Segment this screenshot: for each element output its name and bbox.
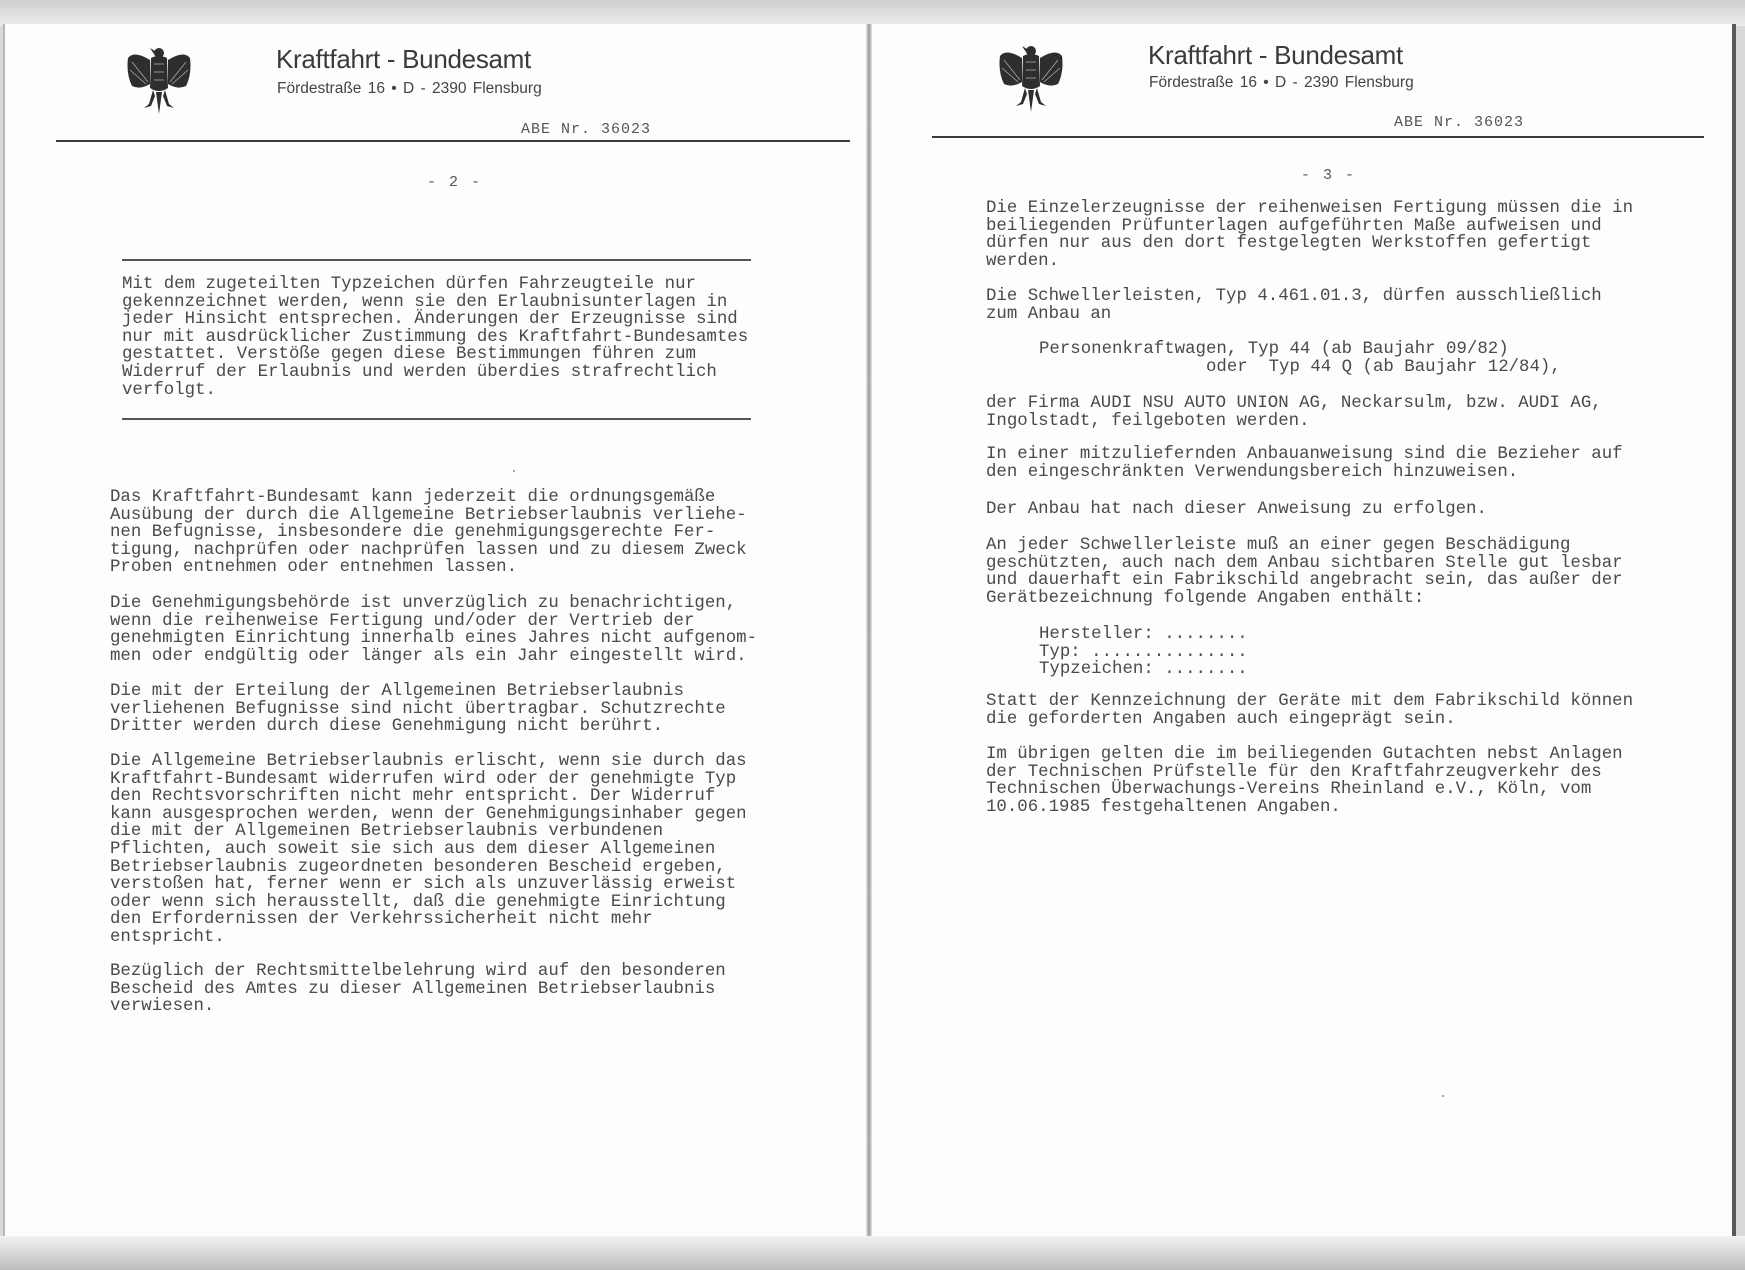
nameplate-fields: Hersteller: ........ Typ: ..............… — [1039, 626, 1248, 679]
organization-address: Fördestraße 16 • D - 2390 Flensburg — [1149, 74, 1414, 92]
organization-name: Kraftfahrt - Bundesamt — [1148, 40, 1403, 71]
paragraph-manufacturer: der Firma AUDI NSU AUTO UNION AG, Neckar… — [986, 395, 1602, 430]
paragraph-expiry: Die Allgemeine Betriebserlaubnis erlisch… — [110, 753, 747, 947]
organization-address: Fördestraße 16 • D - 2390 Flensburg — [277, 80, 542, 98]
federal-eagle-icon — [124, 44, 194, 116]
paragraph-inspection: Das Kraftfahrt-Bundesamt kann jederzeit … — [110, 489, 747, 577]
reference-number: ABE Nr. 36023 — [521, 121, 651, 138]
boxed-note: Mit dem zugeteilten Typzeichen dürfen Fa… — [122, 276, 748, 399]
vehicle-type-list: Personenkraftwagen, Typ 44 (ab Baujahr 0… — [1039, 341, 1561, 376]
scan-background-top — [0, 0, 1745, 26]
reference-number: ABE Nr. 36023 — [1394, 114, 1524, 131]
scan-speck — [513, 470, 515, 472]
federal-eagle-icon — [996, 42, 1066, 114]
paragraph-embossing: Statt der Kennzeichnung der Geräte mit d… — [986, 693, 1633, 728]
scan-background-bottom — [0, 1236, 1745, 1270]
header-rule — [932, 136, 1704, 138]
note-top-rule — [122, 259, 751, 261]
page-number: - 3 - — [1301, 167, 1356, 184]
paragraph-installation: Der Anbau hat nach dieser Anweisung zu e… — [986, 501, 1487, 519]
paragraph-rights: Die mit der Erteilung der Allgemeinen Be… — [110, 683, 726, 736]
paragraph-fitting-scope: Die Schwellerleisten, Typ 4.461.01.3, dü… — [986, 288, 1602, 323]
organization-name: Kraftfahrt - Bundesamt — [276, 44, 531, 75]
paragraph-expert-report: Im übrigen gelten die im beiliegenden Gu… — [986, 746, 1623, 816]
page-number: - 2 - — [427, 174, 482, 191]
paragraph-instructions: In einer mitzuliefernden Anbauanweisung … — [986, 446, 1623, 481]
paragraph-manufacturing: Die Einzelerzeugnisse der reihenweisen F… — [986, 200, 1633, 270]
paragraph-notification: Die Genehmigungsbehörde ist unverzüglich… — [110, 595, 757, 665]
header-rule — [56, 140, 850, 142]
paragraph-nameplate: An jeder Schwellerleiste muß an einer ge… — [986, 537, 1623, 607]
note-bottom-rule — [122, 418, 751, 420]
paragraph-legal-remedy: Bezüglich der Rechtsmittelbelehrung wird… — [110, 963, 726, 1016]
scan-speck — [1442, 1095, 1444, 1097]
